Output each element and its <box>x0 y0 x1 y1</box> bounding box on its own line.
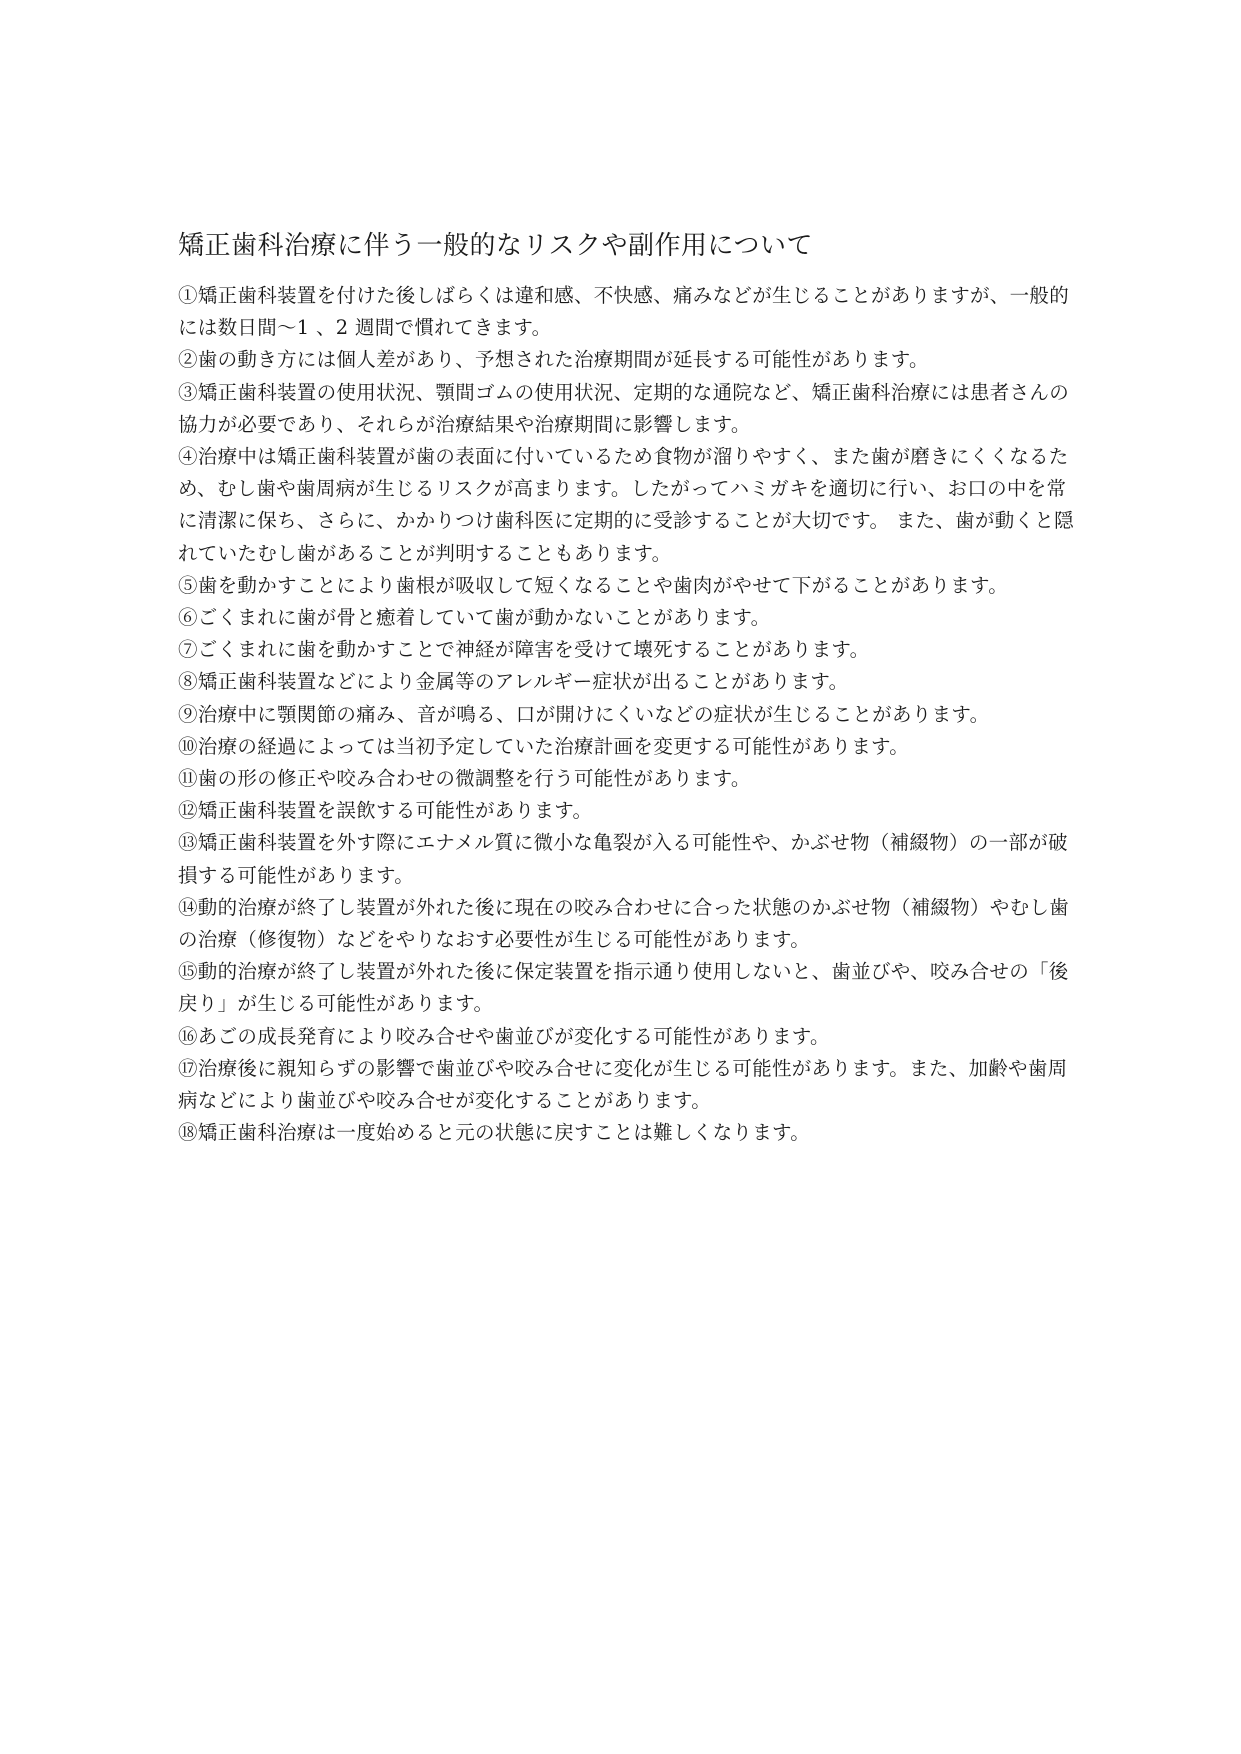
risk-item-13: ⑬矯正歯科装置を外す際にエナメル質に微小な亀裂が入る可能性や、かぶせ物（補綴物）… <box>178 827 1078 891</box>
risk-item-17: ⑰治療後に親知らずの影響で歯並びや咬み合せに変化が生じる可能性があります。また、… <box>178 1053 1078 1117</box>
risk-item-3: ③矯正歯科装置の使用状況、顎間ゴムの使用状況、定期的な通院など、矯正歯科治療には… <box>178 377 1078 441</box>
risk-item-4: ④治療中は矯正歯科装置が歯の表面に付いているため食物が溜りやすく、また歯が磨きに… <box>178 441 1078 570</box>
risk-list: ①矯正歯科装置を付けた後しばらくは違和感、不快感、痛みなどが生じることがあります… <box>178 280 1078 1149</box>
risk-item-11: ⑪歯の形の修正や咬み合わせの微調整を行う可能性があります。 <box>178 763 1078 795</box>
risk-item-18: ⑱矯正歯科治療は一度始めると元の状態に戻すことは難しくなります。 <box>178 1117 1078 1149</box>
risk-item-10: ⑩治療の経過によっては当初予定していた治療計画を変更する可能性があります。 <box>178 731 1078 763</box>
document-title: 矯正歯科治療に伴う一般的なリスクや副作用について <box>178 226 1078 266</box>
risk-item-1: ①矯正歯科装置を付けた後しばらくは違和感、不快感、痛みなどが生じることがあります… <box>178 280 1078 344</box>
risk-item-14: ⑭動的治療が終了し装置が外れた後に現在の咬み合わせに合った状態のかぶせ物（補綴物… <box>178 892 1078 956</box>
risk-item-9: ⑨治療中に顎関節の痛み、音が鳴る、口が開けにくいなどの症状が生じることがあります… <box>178 699 1078 731</box>
risk-item-8: ⑧矯正歯科装置などにより金属等のアレルギー症状が出ることがあります。 <box>178 666 1078 698</box>
risk-item-2: ②歯の動き方には個人差があり、予想された治療期間が延長する可能性があります。 <box>178 344 1078 376</box>
risk-item-12: ⑫矯正歯科装置を誤飲する可能性があります。 <box>178 795 1078 827</box>
risk-item-16: ⑯あごの成長発育により咬み合せや歯並びが変化する可能性があります。 <box>178 1021 1078 1053</box>
risk-item-15: ⑮動的治療が終了し装置が外れた後に保定装置を指示通り使用しないと、歯並びや、咬み… <box>178 956 1078 1020</box>
risk-item-7: ⑦ごくまれに歯を動かすことで神経が障害を受けて壊死することがあります。 <box>178 634 1078 666</box>
document-page: 矯正歯科治療に伴う一般的なリスクや副作用について ①矯正歯科装置を付けた後しばら… <box>178 226 1078 1149</box>
risk-item-5: ⑤歯を動かすことにより歯根が吸収して短くなることや歯肉がやせて下がることがありま… <box>178 570 1078 602</box>
risk-item-6: ⑥ごくまれに歯が骨と癒着していて歯が動かないことがあります。 <box>178 602 1078 634</box>
